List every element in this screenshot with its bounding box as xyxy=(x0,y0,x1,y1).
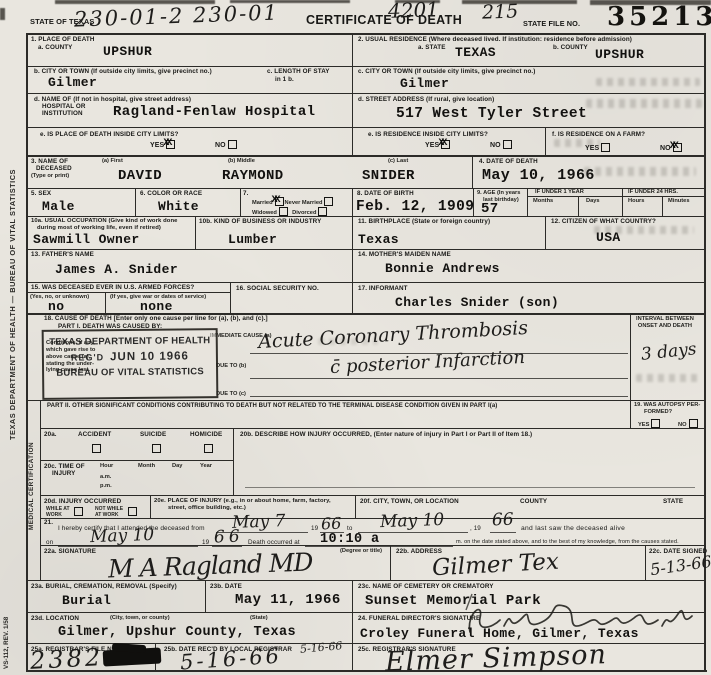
injury-20b-label: 20b. DESCRIBE HOW INJURY OCCURRED, (Ente… xyxy=(240,431,532,439)
certify-19a: 19 xyxy=(311,525,318,533)
under-24-hrs-label: IF UNDER 24 HRS. xyxy=(628,189,678,196)
typed-x-mark: XX xyxy=(438,138,444,151)
residence-limits-yes-checkbox: XX xyxy=(441,140,449,148)
location-label: 23d. LOCATION xyxy=(31,615,79,623)
month-label: Month xyxy=(138,463,155,470)
armed-forces-answer: no xyxy=(48,299,64,314)
length-of-stay-label: c. LENGTH OF STAY xyxy=(267,68,330,76)
industry-value: Lumber xyxy=(228,232,277,247)
certify-on-word: on xyxy=(46,539,53,547)
deceased-name-label3: (Type or print) xyxy=(31,173,69,180)
birthplace-label: 11. BIRTHPLACE (State or foreign country… xyxy=(358,218,490,226)
typed-x-mark: XX xyxy=(163,138,169,151)
deceased-name-label2: DECEASED xyxy=(36,165,72,173)
certify-num: 21. xyxy=(44,519,53,527)
married-checkbox: XX xyxy=(275,197,283,205)
birthplace-value: Texas xyxy=(358,232,399,247)
handwritten-number-2: 215 xyxy=(482,0,519,23)
first-name-label: (a) First xyxy=(102,158,123,165)
not-while-at-work-option: NOT WHILEAT WORK xyxy=(95,506,123,518)
sex-value: Male xyxy=(42,199,75,214)
part2-label: PART II. OTHER SIGNIFICANT CONDITIONS CO… xyxy=(47,403,497,411)
interval-handwriting: 3 days xyxy=(640,339,697,365)
address-handwriting: Gilmer Tex xyxy=(431,549,559,582)
sex-label: 5. SEX xyxy=(31,190,51,198)
date-signed-handwriting: 5-13-66 xyxy=(649,552,711,579)
homicide-checkbox xyxy=(204,444,212,452)
physician-signature: M A Ragland MD xyxy=(108,547,313,583)
residence-label: 2. USUAL RESIDENCE (Where deceased lived… xyxy=(358,36,632,44)
street-address-label: d. STREET ADDRESS (If rural, give locati… xyxy=(358,96,494,104)
autopsy-no-checkbox xyxy=(689,419,697,427)
date-of-death-label: 4. DATE OF DEATH xyxy=(479,158,538,166)
informant-value: Charles Snider (son) xyxy=(395,295,559,310)
place-city-value: Gilmer xyxy=(48,75,97,90)
residence-limits-no-checkbox xyxy=(503,140,511,148)
am-label: a.m. xyxy=(100,474,111,481)
cemetery-label: 23c. NAME OF CEMETERY OR CREMATORY xyxy=(358,583,494,591)
autopsy-yes-checkbox xyxy=(651,419,659,427)
residence-limits-no: NO xyxy=(490,140,513,151)
registrar-codes-handwriting: 230-01-2 230-01 xyxy=(74,0,280,31)
first-name-value: DAVID xyxy=(118,168,162,184)
location-value: Gilmer, Upshur County, Texas xyxy=(58,625,296,640)
farm-yes-checkbox xyxy=(601,143,609,151)
marital-label: 7. xyxy=(243,190,248,198)
while-at-work-checkbox xyxy=(74,507,82,515)
occupation-value: Sawmill Owner xyxy=(33,232,140,247)
location-sub2: (State) xyxy=(250,615,268,622)
cause-line-b-handwriting: c̄ posterior Infarction xyxy=(330,347,526,378)
certify-19c: 19 xyxy=(202,539,209,547)
autopsy-no: NO xyxy=(678,419,699,429)
degree-or-title-label: (Degree or title) xyxy=(340,548,382,555)
residence-county-value: UPSHUR xyxy=(595,47,644,62)
dept-margin-text: TEXAS DEPARTMENT OF HEALTH — BUREAU OF V… xyxy=(8,95,17,440)
never-married-checkbox xyxy=(324,197,332,205)
dob-value: Feb. 12, 1909 xyxy=(356,199,474,215)
divorced-checkbox xyxy=(318,207,326,215)
certify-death-at: Death occurred at xyxy=(248,539,300,547)
signature-label: 22a. SIGNATURE xyxy=(44,548,96,556)
certify-year1-handwriting: 66 xyxy=(321,514,342,534)
street-address-value: 517 West Tyler Street xyxy=(396,106,587,122)
death-certificate-scan: TEXAS DEPARTMENT OF HEALTH — BUREAU OF V… xyxy=(0,0,711,675)
residence-city-value: Gilmer xyxy=(400,76,449,91)
place-limits-yes-checkbox: XX xyxy=(166,140,174,148)
race-label: 6. COLOR OR RACE xyxy=(140,190,202,198)
informant-label: 17. INFORMANT xyxy=(358,285,408,293)
registrar-date-small-handwriting: 5-16-66 xyxy=(300,639,343,656)
hour-label: Hour xyxy=(100,463,113,470)
suicide-checkbox xyxy=(152,444,160,452)
while-at-work-option: WHILE ATWORK xyxy=(46,506,70,518)
place-county-label: a. COUNTY xyxy=(38,44,73,52)
registrar-file-handwriting: 2382 xyxy=(29,643,103,675)
year-label: Year xyxy=(200,463,212,470)
injury-county-label: COUNTY xyxy=(520,498,547,506)
interval-label: INTERVAL BETWEEN ONSET AND DEATH xyxy=(636,316,694,330)
residence-state-label: a. STATE xyxy=(418,44,446,52)
injury-20d-label: 20d. INJURY OCCURRED xyxy=(44,498,121,506)
suicide-label: SUICIDE xyxy=(140,431,166,439)
residence-city-label: c. CITY OR TOWN (If outside city limits,… xyxy=(358,68,535,76)
hospital-label-c: INSTITUTION xyxy=(42,110,83,118)
burial-label: 23a. BURIAL, CREMATION, REMOVAL (Specify… xyxy=(31,583,177,591)
certify-tail2: m. on the date stated above, and to the … xyxy=(456,539,679,546)
burial-date-value: May 11, 1966 xyxy=(235,592,341,608)
length-of-stay-label2: in 1 b. xyxy=(275,76,294,84)
date-of-death-value: May 10, 1966 xyxy=(482,167,595,184)
day-label: Day xyxy=(172,463,182,470)
race-value: White xyxy=(158,199,199,214)
conditions-label: Conditions, if any, which gave rise to a… xyxy=(46,340,95,374)
pm-label: p.m. xyxy=(100,483,112,490)
not-while-at-work-checkbox xyxy=(128,507,136,515)
certify-year3-handwriting: 66 xyxy=(214,526,244,547)
cause-of-death-label: 18. CAUSE OF DEATH [Enter only one cause… xyxy=(44,315,268,323)
citizen-label: 12. CITIZEN OF WHAT COUNTRY? xyxy=(551,218,656,226)
place-limits-yes: YESXX xyxy=(150,140,176,151)
widowed-checkbox xyxy=(279,207,287,215)
days-label: Days xyxy=(586,198,600,205)
handwritten-number-1: 4201 xyxy=(388,0,440,23)
place-county-value: UPSHUR xyxy=(103,44,152,59)
age-label1: 9. AGE (In years xyxy=(477,190,520,197)
autopsy-label: 19. WAS AUTOPSY PER- FORMED? xyxy=(634,402,700,416)
residence-county-label: b. COUNTY xyxy=(553,44,588,52)
widowed-option: Widowed Divorced xyxy=(252,207,328,217)
hours-label: Hours xyxy=(628,198,644,205)
homicide-label: HOMICIDE xyxy=(190,431,222,439)
due-to-b-label: DUE TO (b) xyxy=(216,363,246,370)
months-label: Months xyxy=(533,198,553,205)
certify-year2-handwriting: 66 xyxy=(492,510,514,531)
mother-value: Bonnie Andrews xyxy=(385,261,500,276)
funeral-director-signature-squiggle xyxy=(462,592,697,640)
under-1-year-label: IF UNDER 1 YEAR xyxy=(535,189,584,196)
married-option: MarriedXXNever Married xyxy=(252,197,334,207)
state-file-no-label: STATE FILE NO. xyxy=(523,19,580,28)
certify-19b: , 19 xyxy=(470,525,481,533)
armed-forces-service: none xyxy=(140,299,173,314)
certify-to-handwriting: May 10 xyxy=(380,510,445,532)
injury-20f-label: 20f. CITY, TOWN, OR LOCATION xyxy=(360,498,459,506)
place-limits-no: NO xyxy=(215,140,238,151)
dob-label: 8. DATE OF BIRTH xyxy=(357,190,414,198)
ssn-label: 16. SOCIAL SECURITY NO. xyxy=(236,285,319,293)
residence-limits-yes: YESXX xyxy=(425,140,451,151)
registrar-signature-handwriting: Elmer Simpson xyxy=(385,639,608,675)
minutes-label: Minutes xyxy=(668,198,690,205)
last-name-label: (c) Last xyxy=(388,158,408,165)
farm-no: NOXX xyxy=(660,143,683,154)
armed-forces-label: 15. WAS DECEASED EVER IN U.S. ARMED FORC… xyxy=(31,284,194,292)
place-of-death-label: 1. PLACE OF DEATH xyxy=(31,36,95,44)
middle-name-label: (b) Middle xyxy=(228,158,255,165)
injury-state-label: STATE xyxy=(663,498,683,506)
cause-line-a-handwriting: Acute Coronary Thrombosis xyxy=(258,317,529,353)
residence-limits-label: e. IS RESIDENCE INSIDE CITY LIMITS? xyxy=(368,131,488,139)
farm-label: f. IS RESIDENCE ON A FARM? xyxy=(552,131,645,139)
farm-no-checkbox: XX xyxy=(673,143,681,151)
state-file-no-value: 35213 xyxy=(607,2,711,32)
injury-20e-label2: street, office building, etc.) xyxy=(168,505,246,512)
accident-checkbox xyxy=(92,444,100,452)
father-value: James A. Snider xyxy=(55,262,178,277)
injury-20c-label2: INJURY xyxy=(52,470,75,478)
certify-time-typed: 10:10 a xyxy=(320,532,380,547)
age-value: 57 xyxy=(481,201,499,217)
burial-date-label: 23b. DATE xyxy=(210,583,242,591)
place-limits-no-checkbox xyxy=(228,140,236,148)
place-limits-label: e. IS PLACE OF DEATH INSIDE CITY LIMITS? xyxy=(40,131,178,139)
mother-label: 14. MOTHER'S MAIDEN NAME xyxy=(358,251,451,259)
hospital-value: Ragland-Fenlaw Hospital xyxy=(113,104,315,120)
form-code-margin-text: VS-112, REV. 1/58 xyxy=(3,587,10,669)
industry-label: 10b. KIND OF BUSINESS OR INDUSTRY xyxy=(199,218,321,226)
due-to-c-label: DUE TO (c) xyxy=(216,391,246,398)
last-name-value: SNIDER xyxy=(362,168,415,184)
typed-x-mark: XX xyxy=(272,195,278,207)
typed-x-mark: XX xyxy=(670,141,676,154)
injury-20a-label: 20a. xyxy=(44,431,57,439)
medical-certification-margin-text: MEDICAL CERTIFICATION xyxy=(28,398,35,530)
accident-label: ACCIDENT xyxy=(78,431,111,439)
father-label: 13. FATHER'S NAME xyxy=(31,251,94,259)
residence-state-value: TEXAS xyxy=(455,45,496,60)
burial-value: Burial xyxy=(62,593,111,608)
middle-name-value: RAYMOND xyxy=(222,168,284,184)
location-sub1: (City, town, or county) xyxy=(110,615,170,622)
autopsy-yes: YES xyxy=(638,419,661,429)
certify-on-handwriting: May 10 xyxy=(90,525,155,547)
certify-tail1: and last saw the deceased alive xyxy=(521,525,625,533)
